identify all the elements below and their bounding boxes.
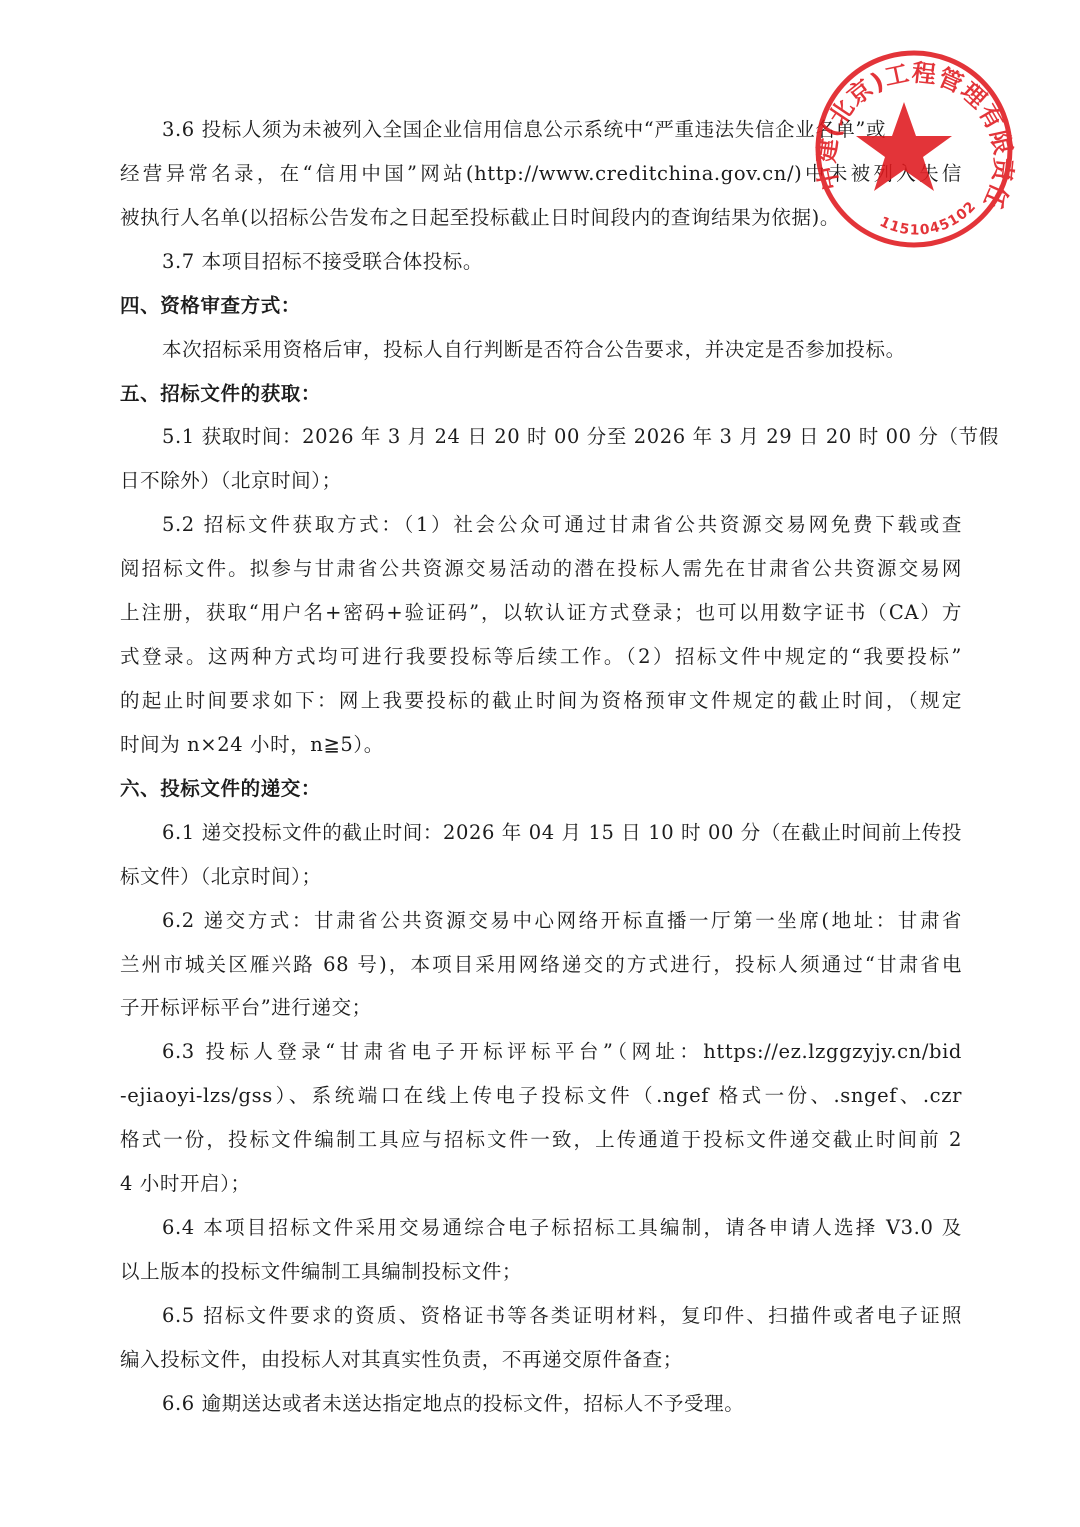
clause-3-6-line-1: 3.6 投标人须为未被列入全国企业信用信息公示系统中“严重违法失信企业名单”或 xyxy=(120,108,962,152)
clause-6-3-line-1: 6.3 投标人登录“甘肃省电子开标评标平台”（网址：https://ez.lzg… xyxy=(120,1030,962,1074)
clause-6-2-line-2: 兰州市城关区雁兴路 68 号)，本项目采用网络递交的方式进行，投标人须通过“甘肃… xyxy=(120,943,962,987)
clause-6-4-line-1: 6.4 本项目招标文件采用交易通综合电子标招标工具编制，请各申请人选择 V3.0… xyxy=(120,1206,962,1250)
clause-5-2-line-2: 阅招标文件。拟参与甘肃省公共资源交易活动的潜在投标人需先在甘肃省公共资源交易网 xyxy=(120,547,962,591)
clause-6-3-line-3: 格式一份，投标文件编制工具应与招标文件一致，上传通道于投标文件递交截止时间前 2 xyxy=(120,1118,962,1162)
clause-6-4-line-2: 以上版本的投标文件编制工具编制投标文件； xyxy=(120,1250,962,1294)
clause-6-3-line-2: -ejiaoyi-lzs/gss）、系统端口在线上传电子投标文件（.ngef 格… xyxy=(120,1074,962,1118)
section-heading-submission: 六、投标文件的递交： xyxy=(120,767,962,811)
clause-5-2-line-4: 式登录。这两种方式均可进行我要投标等后续工作。（2）招标文件中规定的“我要投标” xyxy=(120,635,962,679)
clause-6-1-line-2: 标文件）（北京时间）； xyxy=(120,855,962,899)
clause-5-2-line-6: 时间为 n×24 小时，n≧5）。 xyxy=(120,723,962,767)
section-heading-obtain-documents: 五、招标文件的获取： xyxy=(120,372,962,416)
clause-6-5-line-1: 6.5 招标文件要求的资质、资格证书等各类证明材料，复印件、扫描件或者电子证照 xyxy=(120,1294,962,1338)
clause-3-6-line-3: 被执行人名单(以招标公告发布之日起至投标截止日时间段内的查询结果为依据)。 xyxy=(120,196,962,240)
clause-6-2-line-3: 子开标评标平台”进行递交； xyxy=(120,986,962,1030)
clause-6-2-line-1: 6.2 递交方式：甘肃省公共资源交易中心网络开标直播一厅第一坐席(地址：甘肃省 xyxy=(120,899,962,943)
document-page: 3.6 投标人须为未被列入全国企业信用信息公示系统中“严重违法失信企业名单”或 … xyxy=(0,0,1080,1527)
clause-5-2-line-1: 5.2 招标文件获取方式：（1）社会公众可通过甘肃省公共资源交易网免费下载或查 xyxy=(120,503,962,547)
clause-6-6: 6.6 逾期送达或者未送达指定地点的投标文件，招标人不予受理。 xyxy=(120,1382,962,1426)
clause-3-7: 3.7 本项目招标不接受联合体投标。 xyxy=(120,240,962,284)
clause-5-2-line-3: 上注册，获取“用户名+密码+验证码”，以软认证方式登录；也可以用数字证书（CA）… xyxy=(120,591,962,635)
clause-6-3-line-4: 4 小时开启）； xyxy=(120,1162,962,1206)
clause-3-6-line-2: 经营异常名录，在“信用中国”网站(http://www.creditchina.… xyxy=(120,152,962,196)
clause-5-1-line-2: 日不除外）（北京时间）； xyxy=(120,459,962,503)
qualification-review-text: 本次招标采用资格后审，投标人自行判断是否符合公告要求，并决定是否参加投标。 xyxy=(120,328,962,372)
clause-5-2-line-5: 的起止时间要求如下：网上我要投标的截止时间为资格预审文件规定的截止时间，（规定 xyxy=(120,679,962,723)
document-body: 3.6 投标人须为未被列入全国企业信用信息公示系统中“严重违法失信企业名单”或 … xyxy=(120,108,962,1426)
clause-6-5-line-2: 编入投标文件，由投标人对其真实性负责，不再递交原件备查； xyxy=(120,1338,962,1382)
clause-5-1-line-1: 5.1 获取时间：2026 年 3 月 24 日 20 时 00 分至 2026… xyxy=(120,415,962,459)
clause-6-1-line-1: 6.1 递交投标文件的截止时间：2026 年 04 月 15 日 10 时 00… xyxy=(120,811,962,855)
section-heading-qualification-review: 四、资格审查方式： xyxy=(120,284,962,328)
